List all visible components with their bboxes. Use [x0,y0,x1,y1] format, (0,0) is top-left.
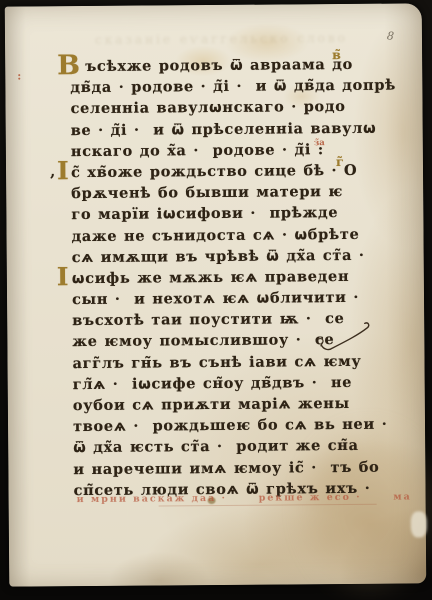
initial-letter-v: В [57,50,80,81]
text-line: сын · и нехотѧ ѥѧ ѡбличити · [72,287,349,310]
margin-comma: , [50,162,55,180]
showthrough-ghost-text: сказаніе еѵаггельско слово [95,31,345,49]
text-line: оубои сѧ приѫти маріѧ жены [73,393,350,416]
manuscript-page: сказаніе еѵаггельско слово 8 в̃ г̃ з̃а :… [5,3,427,586]
pen-flourish [314,316,376,352]
text-line: же ѥмоу помыслившоу · се [72,329,349,352]
initial-letter-i: І [57,156,69,185]
text-line: дв̃да · родове · д̃і · и ѿ дв̃да допрѣ [70,75,347,98]
text-line: въсхотѣ таи поустити ѭ · се [72,308,349,331]
text-line: гл̃ѧ · іѡсифе сн̃оу дв̃двъ · не [73,372,350,395]
folio-number: 8 [386,29,394,43]
text-line: твоеѧ · рождьшеѥ бо сѧ вь неи · [73,414,350,437]
text-line: го марїи іѡсифови · прѣжде [71,202,348,225]
text-line: сѧ имѫщи въ чрѣвѣ ѿ дх̃а ст̃а · [72,245,349,268]
text-line: ве · д̃і · и ѿ прѣселенніа вавулѡ [71,118,348,141]
text-line: агг̃лъ гн̃ь въ сънѣ іави сѧ ѥму [72,351,349,374]
text-line: селенніа вавулѡнскаго · родо [70,96,347,119]
page-edge-chip [411,511,427,537]
initial-letter-i2: І [57,262,69,291]
text-line: ѡсифь же мѫжь ѥѧ праведен [72,266,349,289]
text-line: нскаго до х̃а · родове · д̃і : [71,139,348,162]
text-block: ъсѣхже родовъ ѿ авраама додв̃да · родове… [70,54,350,501]
manuscript-photo: сказаніе еѵаггельско слово 8 в̃ г̃ з̃а :… [0,0,432,600]
text-line: брѫченѣ бо бывши матери ѥ [71,181,348,204]
text-lines: ъсѣхже родовъ ѿ авраама додв̃да · родове… [70,54,350,501]
text-line: ъсѣхже родовъ ѿ авраама до [70,54,347,77]
text-line: с̃ хв̃оже рождьство сице бѣ · О [71,160,348,183]
text-line: ѿ дх̃а ѥсть ст̃а · родит же сн̃а [73,435,350,458]
text-line: и наречеши имѧ ѥмоу іс̃ · тъ бо [73,457,350,480]
text-line: даже не сънидоста сѧ · ѡбрѣте [71,223,348,246]
margin-red-colon: : [17,70,21,83]
